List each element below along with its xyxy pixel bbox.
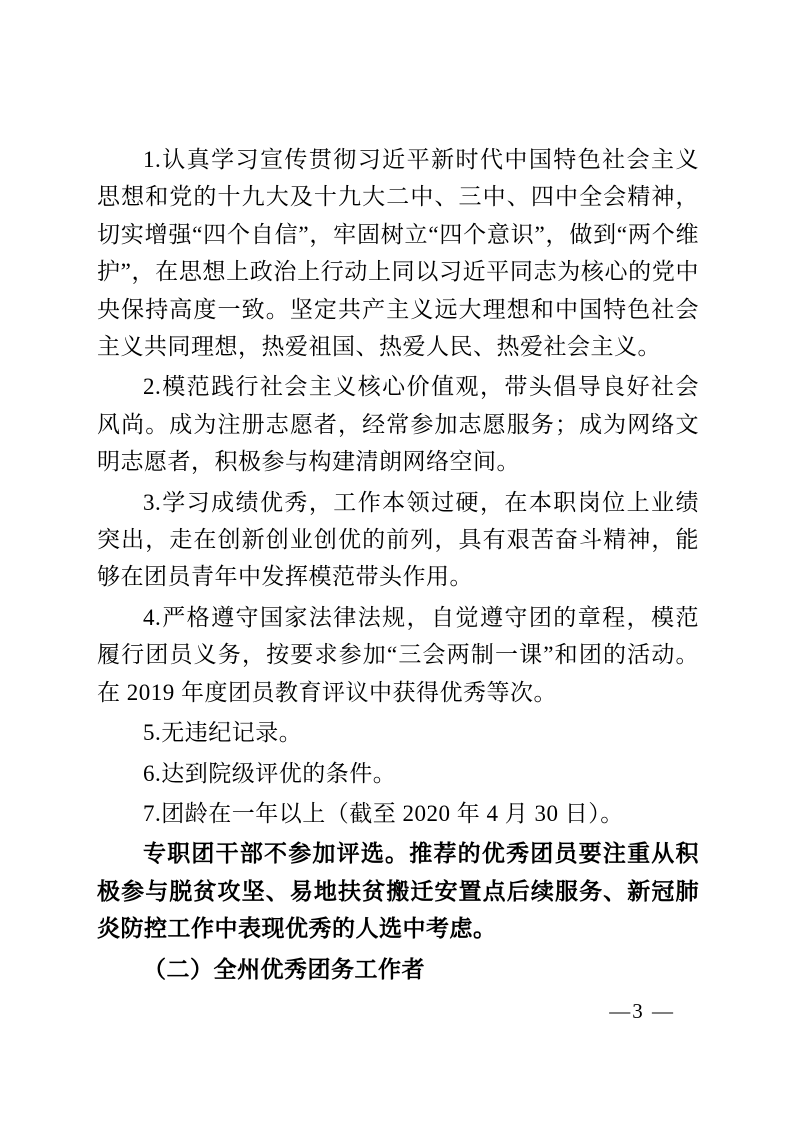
numbered-item-6: 6.达到院级评优的条件。 <box>97 755 699 792</box>
section-heading: （二）全州优秀团务工作者 <box>97 951 699 988</box>
document-content: 1.认真学习宣传贯彻习近平新时代中国特色社会主义思想和党的十九大及十九大二中、三… <box>97 141 699 991</box>
numbered-item-1: 1.认真学习宣传贯彻习近平新时代中国特色社会主义思想和党的十九大及十九大二中、三… <box>97 141 699 365</box>
numbered-item-4: 4.严格遵守国家法律法规，自觉遵守团的章程，模范履行团员义务，按要求参加“三会两… <box>97 599 699 711</box>
emphasis-paragraph: 专职团干部不参加评选。推荐的优秀团员要注重从积极参与脱贫攻坚、易地扶贫搬迁安置点… <box>97 835 699 947</box>
numbered-item-5: 5.无违纪记录。 <box>97 714 699 751</box>
numbered-item-2: 2.模范践行社会主义核心价值观，带头倡导良好社会风尚。成为注册志愿者，经常参加志… <box>97 368 699 480</box>
document-page: 1.认真学习宣传贯彻习近平新时代中国特色社会主义思想和党的十九大及十九大二中、三… <box>0 0 793 1122</box>
numbered-item-7: 7.团龄在一年以上（截至 2020 年 4 月 30 日）。 <box>97 795 699 832</box>
page-number: —3 — <box>609 999 675 1024</box>
numbered-item-3: 3.学习成绩优秀，工作本领过硬，在本职岗位上业绩突出，走在创新创业创优的前列，具… <box>97 484 699 596</box>
